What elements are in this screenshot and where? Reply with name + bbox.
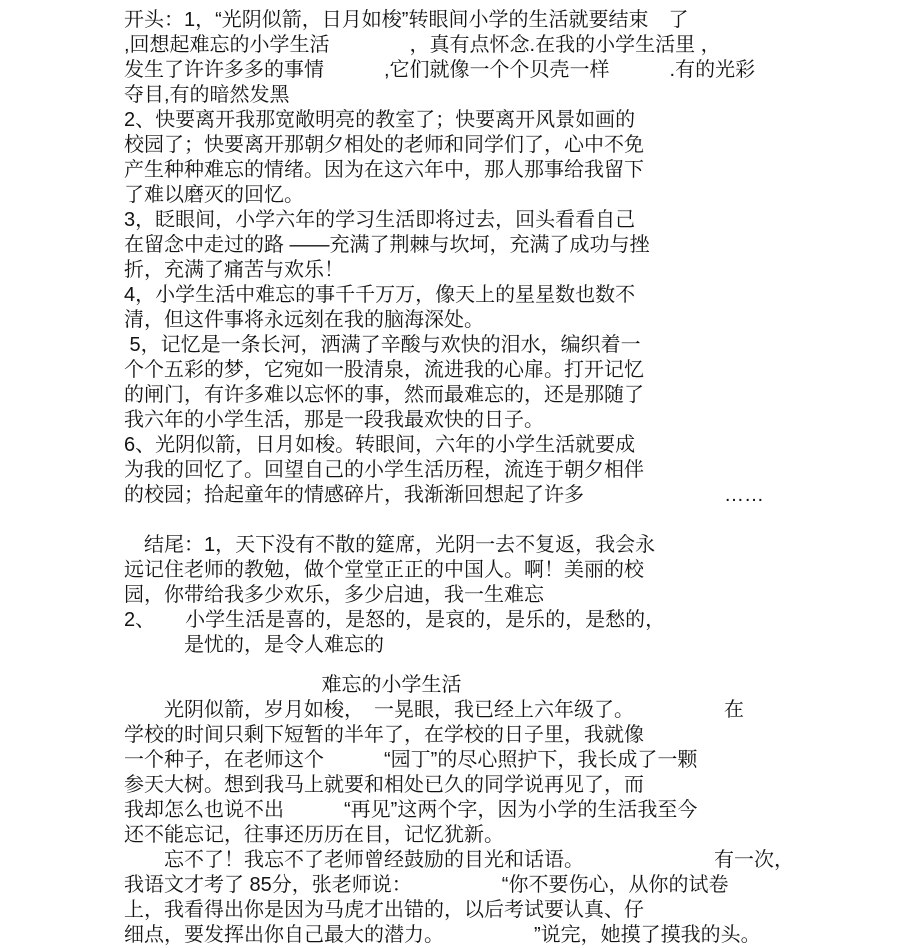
text-line: 参天大树。想到我马上就要和相处已久的同学说再见了，而 [124, 773, 910, 798]
text-line: 个个五彩的梦，它宛如一股清泉，流进我的心扉。打开记忆 [124, 358, 910, 383]
text-line: 3，眨眼间，小学六年的学习生活即将过去，回头看看自己 [124, 208, 910, 233]
text-line: 发生了许许多多的事情 ,它们就像一个个贝壳一样 .有的光彩 [124, 58, 910, 83]
text-line: 忘不了！我忘不了老师曾经鼓励的目光和话语。 有一次， [124, 848, 910, 873]
essay-title-text: 难忘的小学生活 [124, 673, 659, 698]
text-line: 5，记忆是一条长河，洒满了辛酸与欢快的泪水，编织着一 [124, 333, 910, 358]
text-line: 上，我看得出你是因为马虎才出错的，以后考试要认真、仔 [124, 898, 910, 923]
text-line: 产生种种难忘的情绪。因为在这六年中，那人那事给我留下 [124, 158, 910, 183]
text-line: 我六年的小学生活，那是一段我最欢快的日子。 [124, 408, 910, 433]
text-line: 2、快要离开我那宽敞明亮的教室了；快要离开风景如画的 [124, 108, 910, 133]
text-line: 我语文才考了 85分，张老师说： “你不要伤心，从你的试卷 [124, 873, 910, 898]
text-line: 校园了；快要离开那朝夕相处的老师和同学们了，心中不免 [124, 133, 910, 158]
essay-body-section: 光阴似箭，岁月如梭， 一晃眼，我已经上六年级了。 在学校的时间只剩下短暂的半年了… [124, 698, 910, 948]
text-line: 6、光阴似箭，日月如梭。转眼间，六年的小学生活就要成 [124, 433, 910, 458]
text-line: 细点，要发挥出你自己最大的潜力。 ”说完，她摸了摸我的头。 [124, 923, 910, 948]
text-line: 一个种子，在老师这个 “园丁”的尽心照护下，我长成了一颗 [124, 748, 910, 773]
essay-title: 难忘的小学生活 [124, 673, 659, 698]
text-line: 是忧的，是令人难忘的 [124, 633, 910, 658]
text-line: 清，但这件事将永远刻在我的脑海深处。 [124, 308, 910, 333]
text-line: 结尾：1，天下没有不散的筵席，光阴一去不复返，我会永 [124, 533, 910, 558]
text-line: 的闸门，有许多难以忘怀的事，然而最难忘的，还是那随了 [124, 383, 910, 408]
document-page: 开头：1，“光阴似箭，日月如梭”转眼间小学的生活就要结束 了,回想起难忘的小学生… [0, 0, 920, 948]
text-line: 了难以磨灭的回忆。 [124, 183, 910, 208]
text-line: 4，小学生活中难忘的事千千万万，像天上的星星数也数不 [124, 283, 910, 308]
text-line: 夺目,有的暗然发黑 [124, 83, 910, 108]
text-line: 园，你带给我多少欢乐，多少启迪，我一生难忘 [124, 583, 910, 608]
text-line: 折，充满了痛苦与欢乐！ [124, 258, 910, 283]
text-line: ,回想起难忘的小学生活 ，真有点怀念.在我的小学生活里 ， [124, 33, 910, 58]
text-line: 开头：1，“光阴似箭，日月如梭”转眼间小学的生活就要结束 了 [124, 8, 910, 33]
text-line: 光阴似箭，岁月如梭， 一晃眼，我已经上六年级了。 在 [124, 698, 910, 723]
text-line: 远记住老师的教勉，做个堂堂正正的中国人。啊！美丽的校 [124, 558, 910, 583]
text-line: 在留念中走过的路 ——充满了荆棘与坎坷，充满了成功与挫 [124, 233, 910, 258]
text-line: 的校园；拾起童年的情感碎片，我渐渐回想起了许多 …… [124, 483, 910, 508]
text-line: 2、 小学生活是喜的，是怒的，是哀的，是乐的，是愁的， [124, 608, 910, 633]
text-line: 学校的时间只剩下短暂的半年了，在学校的日子里，我就像 [124, 723, 910, 748]
text-line: 我却怎么也说不出 “再见”这两个字，因为小学的生活我至今 [124, 798, 910, 823]
openings-section: 开头：1，“光阴似箭，日月如梭”转眼间小学的生活就要结束 了,回想起难忘的小学生… [124, 8, 910, 508]
endings-section: 结尾：1，天下没有不散的筵席，光阴一去不复返，我会永远记住老师的教勉，做个堂堂正… [124, 533, 910, 658]
text-line: 还不能忘记，往事还历历在目，记忆犹新。 [124, 823, 910, 848]
text-line: 为我的回忆了。回望自己的小学生活历程，流连于朝夕相伴 [124, 458, 910, 483]
